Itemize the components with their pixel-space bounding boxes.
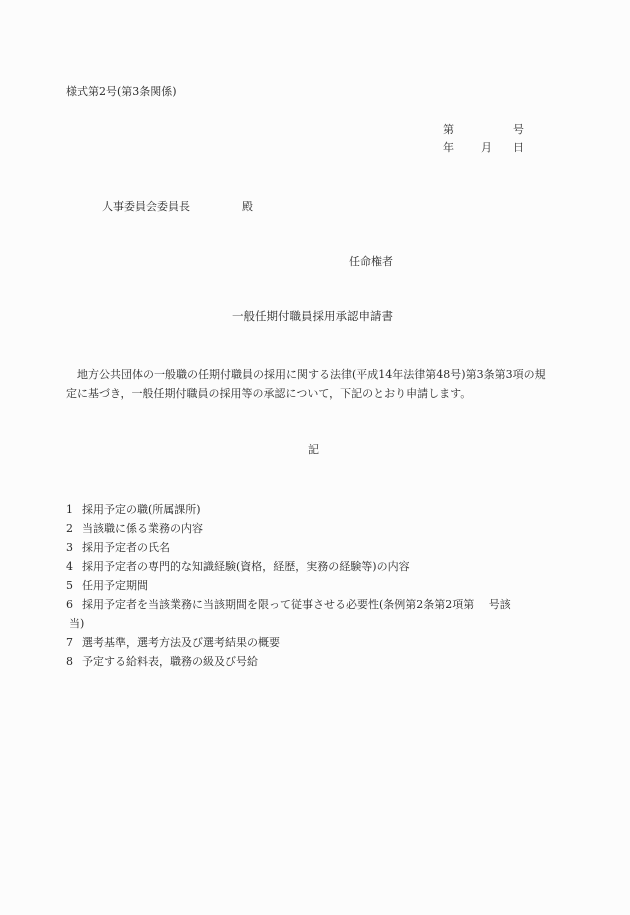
addressee-honorific: 殿 — [242, 200, 253, 213]
item-number: 7 — [66, 633, 82, 652]
item-text: 採用予定者を当該業務に当該期間を限って従事させる必要性(条例第2条第2項第 号該 — [82, 598, 511, 611]
item-number: 4 — [66, 557, 82, 576]
item-number: 3 — [66, 538, 82, 557]
item-text: 採用予定者の専門的な知識経験(資格，経歴，実務の経験等)の内容 — [82, 557, 556, 576]
date-month-label: 月 — [481, 142, 513, 153]
application-body-text: 地方公共団体の一般職の任期付職員の採用に関する法律(平成14年法律第48号)第3… — [66, 365, 552, 403]
date-row: 年月日 — [443, 142, 524, 153]
item-text: 採用予定者の氏名 — [82, 538, 556, 557]
item-list: 1 採用予定の職(所属課所) 2 当該職に係る業務の内容 3 採用予定者の氏名 … — [66, 500, 556, 671]
item-text-continuation: 当) — [69, 614, 556, 633]
document-number-suffix: 号 — [513, 123, 524, 136]
date-day-label: 日 — [513, 142, 524, 153]
form-number: 様式第2号(第3条関係) — [66, 86, 177, 97]
list-item: 2 当該職に係る業務の内容 — [66, 519, 556, 538]
list-item: 4 採用予定者の専門的な知識経験(資格，経歴，実務の経験等)の内容 — [66, 557, 556, 576]
appointing-authority: 任命権者 — [349, 256, 393, 267]
item-text: 採用予定の職(所属課所) — [82, 500, 556, 519]
list-item: 3 採用予定者の氏名 — [66, 538, 556, 557]
item-text: 予定する給料表，職務の級及び号給 — [82, 652, 556, 671]
item-number: 8 — [66, 652, 82, 671]
addressee: 人事委員会委員長殿 — [102, 201, 253, 212]
document-number-row: 第号 — [443, 124, 524, 135]
list-item: 8 予定する給料表，職務の級及び号給 — [66, 652, 556, 671]
item-number: 1 — [66, 500, 82, 519]
item-text: 選考基準，選考方法及び選考結果の概要 — [82, 633, 556, 652]
list-item: 6 採用予定者を当該業務に当該期間を限って従事させる必要性(条例第2条第2項第 … — [66, 595, 556, 633]
list-item: 5 任用予定期間 — [66, 576, 556, 595]
list-item: 1 採用予定の職(所属課所) — [66, 500, 556, 519]
addressee-name: 人事委員会委員長 — [102, 201, 242, 212]
date-year-label: 年 — [443, 142, 481, 153]
list-item: 7 選考基準，選考方法及び選考結果の概要 — [66, 633, 556, 652]
item-number: 2 — [66, 519, 82, 538]
item-text: 当該職に係る業務の内容 — [82, 519, 556, 538]
document-number-prefix: 第 — [443, 124, 513, 135]
item-number: 5 — [66, 576, 82, 595]
item-text: 任用予定期間 — [82, 576, 556, 595]
ki-heading: 記 — [308, 444, 319, 455]
item-text-wrapper: 採用予定者を当該業務に当該期間を限って従事させる必要性(条例第2条第2項第 号該… — [82, 595, 556, 633]
document-title: 一般任期付職員採用承認申請書 — [232, 311, 393, 323]
